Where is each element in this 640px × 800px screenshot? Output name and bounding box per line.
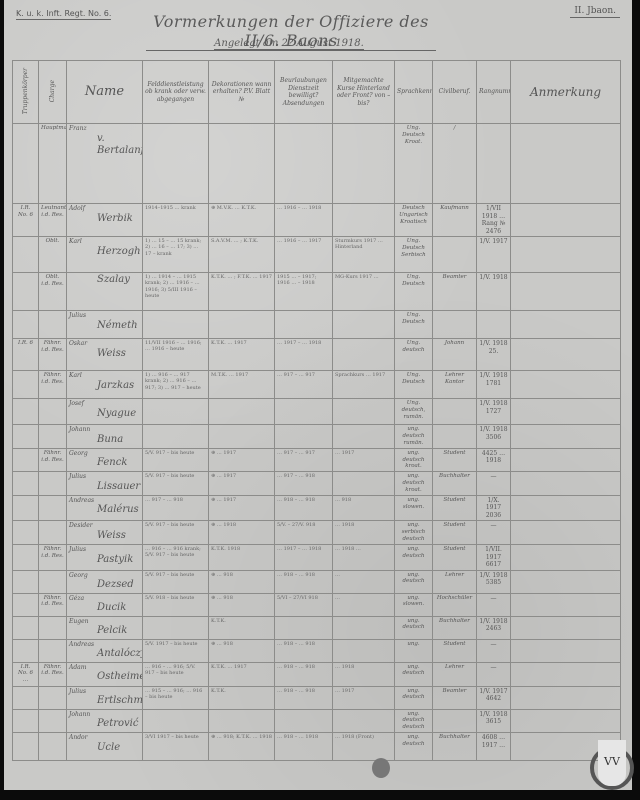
cell-charge xyxy=(39,472,67,496)
cell-sprachen: ung. deutsch kroat. xyxy=(395,472,433,496)
cell-dekorationen: K.T.K. … 1917 xyxy=(209,339,275,371)
cell-sprachen: ung. deutsch rumän. xyxy=(395,425,433,449)
cell-kurse: … 918 xyxy=(333,495,395,521)
cell-rangnummer: 1/V. 1918 1781 xyxy=(477,371,511,399)
cell-truppenkoerper xyxy=(13,311,39,339)
cell-rangnummer: — xyxy=(477,521,511,545)
table-row: AndreasMalérus… 917 – … 918⊕ … 1917… 918… xyxy=(13,495,621,521)
table-row: Oblt.KarlHerzogh1) … 15 – … 15 krank; 2)… xyxy=(13,237,621,273)
last-name: Weiss xyxy=(69,348,140,361)
officers-register-table: Truppenkörper Charge Name Felddienstleis… xyxy=(12,60,621,761)
cell-truppenkoerper xyxy=(13,593,39,616)
cell-anmerkung xyxy=(511,570,621,593)
cell-zivilberuf xyxy=(433,709,477,733)
table-row: AndreasAntalóczy5/V. 1917 – bis heute⊕ …… xyxy=(13,639,621,662)
cell-charge xyxy=(39,709,67,733)
cell-truppenkoerper xyxy=(13,425,39,449)
cell-anmerkung xyxy=(511,311,621,339)
cell-charge: Hauptmann xyxy=(39,124,67,204)
cell-beurlaubung xyxy=(275,709,333,733)
table-row: Fähnr. i.d. Res.JuliusPastyik… 916 – … 9… xyxy=(13,545,621,571)
table-row: GeorgDezsed5/V. 917 – bis heute⊕ … 918… … xyxy=(13,570,621,593)
cell-truppenkoerper xyxy=(13,124,39,204)
cell-charge xyxy=(39,686,67,709)
cell-charge xyxy=(39,733,67,761)
cell-felddienst: 1) … 15 – … 15 krank; 2) … 16 – … 17; 3)… xyxy=(143,237,209,273)
cell-beurlaubung xyxy=(275,399,333,425)
cell-zivilberuf: Buchhalter xyxy=(433,472,477,496)
cell-zivilberuf: / xyxy=(433,124,477,204)
cell-sprachen: Ung. deutsch xyxy=(395,339,433,371)
cell-felddienst xyxy=(143,311,209,339)
cell-dekorationen: K.T.K. xyxy=(209,616,275,639)
cell-charge: Fähnr. i.d. Res. xyxy=(39,448,67,472)
cell-truppenkoerper xyxy=(13,521,39,545)
cell-rangnummer: 4608 … 1917 … xyxy=(477,733,511,761)
first-name: Andreas xyxy=(69,497,140,505)
cell-felddienst: 3/VI 1917 – bis heute xyxy=(143,733,209,761)
cell-anmerkung xyxy=(511,204,621,237)
first-name: Karl xyxy=(69,372,140,380)
cell-beurlaubung: … 1916 – … 1917 xyxy=(275,237,333,273)
first-name: Julius xyxy=(69,688,140,696)
cell-kurse xyxy=(333,472,395,496)
cell-charge xyxy=(39,639,67,662)
cell-sprachen: ung. deutsch xyxy=(395,616,433,639)
cell-beurlaubung: … 918 – … 918 xyxy=(275,686,333,709)
table-row: Fähnr. i.d. Res.GézaDucik5/V. 918 – bis … xyxy=(13,593,621,616)
cell-rangnummer: — xyxy=(477,662,511,686)
cell-truppenkoerper xyxy=(13,472,39,496)
table-row: I.R. No. 6Leutnant i.d. Res.AdolfWerbik1… xyxy=(13,204,621,237)
regiment-label: K. u. k. Inft. Regt. No. 6. xyxy=(16,9,111,20)
cell-name: OskarWeiss xyxy=(67,339,143,371)
cell-sprachen: ung. slowen. xyxy=(395,495,433,521)
wax-seal-stain xyxy=(372,758,390,778)
cell-kurse xyxy=(333,311,395,339)
first-name: Karl xyxy=(69,238,140,246)
cell-anmerkung xyxy=(511,399,621,425)
cell-charge: Oblt. i.d. Res. xyxy=(39,273,67,311)
cell-dekorationen xyxy=(209,311,275,339)
cell-felddienst: 1914–1915 … krank xyxy=(143,204,209,237)
cell-charge: Fähnr. i.d. Res. xyxy=(39,662,67,686)
cell-kurse: Sprachkurs … 1917 xyxy=(333,371,395,399)
table-row: Fähnr. i.d. Res.KarlJarzkas1) … 916 – … … xyxy=(13,371,621,399)
cell-sprachen: ung. deutsch xyxy=(395,662,433,686)
first-name: Johann xyxy=(69,426,140,434)
cell-felddienst: … 917 – … 918 xyxy=(143,495,209,521)
cell-name: GeorgFenck xyxy=(67,448,143,472)
col-header-charge: Charge xyxy=(39,61,67,124)
cell-zivilberuf: Student xyxy=(433,495,477,521)
cell-felddienst: … 916 – … 916; 5/V. 917 – bis heute xyxy=(143,662,209,686)
cell-kurse: … xyxy=(333,593,395,616)
last-name: Petrović xyxy=(69,718,140,731)
cell-zivilberuf: Beamter xyxy=(433,273,477,311)
cell-name: JuliusErtlschmid xyxy=(67,686,143,709)
cell-kurse xyxy=(333,709,395,733)
cell-charge xyxy=(39,495,67,521)
cell-truppenkoerper xyxy=(13,709,39,733)
cell-rangnummer: — xyxy=(477,593,511,616)
cell-beurlaubung: … 1917 – … 1918 xyxy=(275,545,333,571)
cell-zivilberuf: Student xyxy=(433,448,477,472)
last-name: Ostheimer xyxy=(69,671,140,684)
col-header-dekorationen: Dekorationen wann erhalten? P.V. Blatt № xyxy=(209,61,275,124)
cell-rangnummer: — xyxy=(477,472,511,496)
cell-dekorationen: K.T.K. 1918 xyxy=(209,545,275,571)
last-name: Pastyik xyxy=(69,554,140,567)
cell-truppenkoerper xyxy=(13,448,39,472)
cell-sprachen: Ung. Deutsch xyxy=(395,371,433,399)
cell-charge: Fähnr. i.d. Res. xyxy=(39,545,67,571)
cell-truppenkoerper xyxy=(13,237,39,273)
document-subtitle: Angelegt am 2? August 1918. xyxy=(214,38,364,50)
cell-felddienst: 5/V. 917 – bis heute xyxy=(143,448,209,472)
cell-name: AndreasAntalóczy xyxy=(67,639,143,662)
cell-name: EugenPelcik xyxy=(67,616,143,639)
table-header-row: Truppenkörper Charge Name Felddienstleis… xyxy=(13,61,621,124)
cell-dekorationen: ⊕ … 918 xyxy=(209,639,275,662)
cell-kurse: … 1917 xyxy=(333,686,395,709)
cell-name: Franzv. Bertalanffy xyxy=(67,124,143,204)
cell-anmerkung xyxy=(511,521,621,545)
cell-truppenkoerper xyxy=(13,399,39,425)
table-row: JohannBunaung. deutsch rumän.1/V. 1918 3… xyxy=(13,425,621,449)
cell-dekorationen xyxy=(209,709,275,733)
first-name: Franz xyxy=(69,125,140,133)
first-name: Géza xyxy=(69,595,140,603)
cell-name: AndorUcle xyxy=(67,733,143,761)
cell-name: GeorgDezsed xyxy=(67,570,143,593)
cell-charge xyxy=(39,399,67,425)
cell-truppenkoerper xyxy=(13,686,39,709)
last-name: Nyague xyxy=(69,408,140,421)
cell-rangnummer: 4425 … 1918 xyxy=(477,448,511,472)
last-name: Jarzkas xyxy=(69,380,140,393)
cell-anmerkung xyxy=(511,448,621,472)
cell-felddienst: 5/V. 917 – bis heute xyxy=(143,570,209,593)
cell-zivilberuf: Buchhalter xyxy=(433,616,477,639)
cell-felddienst xyxy=(143,616,209,639)
cell-zivilberuf xyxy=(433,399,477,425)
cell-beurlaubung: … 917 – … 917 xyxy=(275,371,333,399)
last-name: Weiss xyxy=(69,530,140,543)
cell-zivilberuf xyxy=(433,425,477,449)
cell-kurse: … 1917 xyxy=(333,448,395,472)
cell-anmerkung xyxy=(511,425,621,449)
cell-beurlaubung xyxy=(275,311,333,339)
cell-truppenkoerper xyxy=(13,273,39,311)
table-row: I.R. No. 6 …Fähnr. i.d. Res.AdamOstheime… xyxy=(13,662,621,686)
col-header-kurse: Mitgemachte Kurse Hinterland oder Front?… xyxy=(333,61,395,124)
cell-beurlaubung: … 918 – … 918 xyxy=(275,495,333,521)
vv-shield-icon: VV xyxy=(598,740,626,786)
cell-dekorationen: ⊕ M.V.K. … K.T.K. xyxy=(209,204,275,237)
cell-dekorationen: ⊕ … 918 xyxy=(209,593,275,616)
cell-rangnummer: 1/V. 1918 3506 xyxy=(477,425,511,449)
cell-truppenkoerper: I.R. No. 6 xyxy=(13,204,39,237)
cell-beurlaubung: … 917 – … 917 xyxy=(275,448,333,472)
table-row: JohannPetrovićung. deutsch deutsch1/V. 1… xyxy=(13,709,621,733)
last-name: Dezsed xyxy=(69,579,140,592)
cell-anmerkung xyxy=(511,472,621,496)
table-row: Oblt. i.d. Res.Szalay1) … 1914 – … 1915 … xyxy=(13,273,621,311)
col-header-anmerkung: Anmerkung xyxy=(511,61,621,124)
cell-felddienst xyxy=(143,124,209,204)
cell-kurse xyxy=(333,425,395,449)
cell-zivilberuf: Beamter xyxy=(433,686,477,709)
cell-beurlaubung xyxy=(275,124,333,204)
cell-kurse: … 1918 (Front) xyxy=(333,733,395,761)
cell-zivilberuf xyxy=(433,311,477,339)
cell-sprachen: ung. deutsch deutsch xyxy=(395,709,433,733)
last-name: Szalay xyxy=(69,274,140,287)
cell-name: JuliusNémeth xyxy=(67,311,143,339)
cell-charge xyxy=(39,311,67,339)
cell-sprachen: Ung. Deutsch Kroat. xyxy=(395,124,433,204)
cell-zivilberuf: Hochschüler xyxy=(433,593,477,616)
table-row: JuliusErtlschmid… 915 – … 916; … 916 – b… xyxy=(13,686,621,709)
cell-felddienst: 5/V. 1917 – bis heute xyxy=(143,639,209,662)
cell-kurse xyxy=(333,639,395,662)
table-row: JuliusLissauer5/V. 917 – bis heute⊕ … 19… xyxy=(13,472,621,496)
cell-felddienst xyxy=(143,425,209,449)
cell-charge xyxy=(39,616,67,639)
cell-rangnummer: 1/V. 1918 3615 xyxy=(477,709,511,733)
cell-rangnummer: 1/VII 1918 … Rang № 2476 xyxy=(477,204,511,237)
cell-name: JuliusLissauer xyxy=(67,472,143,496)
cell-sprachen: ung. deutsch xyxy=(395,570,433,593)
cell-zivilberuf xyxy=(433,237,477,273)
cell-sprachen: ung. deutsch xyxy=(395,545,433,571)
cell-truppenkoerper xyxy=(13,639,39,662)
first-name: Andor xyxy=(69,734,140,742)
cell-dekorationen: ⊕ … 918 xyxy=(209,570,275,593)
cell-felddienst: 11/VII 1916 – … 1916; … 1916 – heute xyxy=(143,339,209,371)
cell-dekorationen xyxy=(209,124,275,204)
cell-anmerkung xyxy=(511,371,621,399)
table-row: DesiderWeiss5/V. 917 – bis heute⊕ … 1918… xyxy=(13,521,621,545)
first-name: Josef xyxy=(69,400,140,408)
cell-beurlaubung: 1915 … – 1917; 1916 … – 1918 xyxy=(275,273,333,311)
cell-charge: Fähnr. i.d. Res. xyxy=(39,371,67,399)
cell-rangnummer: 1/V. 1918 1727 xyxy=(477,399,511,425)
first-name: Oskar xyxy=(69,340,140,348)
first-name: Johann xyxy=(69,711,140,719)
first-name: Adam xyxy=(69,664,140,672)
first-name: Julius xyxy=(69,473,140,481)
cell-rangnummer: 1/V. 1918 5385 xyxy=(477,570,511,593)
cell-charge xyxy=(39,521,67,545)
last-name: Ducik xyxy=(69,602,140,615)
cell-charge: Fähnr. i.d. Res. xyxy=(39,339,67,371)
first-name: Julius xyxy=(69,312,140,320)
table-row: JosefNyagueUng. deutsch, rumän.1/V. 1918… xyxy=(13,399,621,425)
cell-beurlaubung xyxy=(275,616,333,639)
cell-sprachen: Ung. Deutsch xyxy=(395,311,433,339)
cell-name: AndreasMalérus xyxy=(67,495,143,521)
cell-kurse xyxy=(333,204,395,237)
cell-beurlaubung: … 918 – … 1918 xyxy=(275,733,333,761)
cell-rangnummer: — xyxy=(477,639,511,662)
last-name: Malérus xyxy=(69,504,140,517)
cell-felddienst: … 916 – … 916 krank; 5/V. 917 – bis heut… xyxy=(143,545,209,571)
cell-kurse: … 1918 xyxy=(333,662,395,686)
col-header-felddienst: Felddienstleistung ob krank oder verw. a… xyxy=(143,61,209,124)
cell-dekorationen: ⊕ … 918; K.T.K. … 1918 xyxy=(209,733,275,761)
col-header-rangnummer: Rangnummer xyxy=(477,61,511,124)
cell-sprachen: Ung. Deutsch Serbisch xyxy=(395,237,433,273)
last-name: v. Bertalanffy xyxy=(69,133,140,158)
cell-sprachen: ung. serbisch deutsch xyxy=(395,521,433,545)
cell-zivilberuf: Buchhalter xyxy=(433,733,477,761)
cell-rangnummer: 1/V. 1918 25. xyxy=(477,339,511,371)
cell-zivilberuf: Lehrer xyxy=(433,662,477,686)
cell-rangnummer: 1/V. 1917 4642 xyxy=(477,686,511,709)
cell-kurse: MG-Kurs 1917 … xyxy=(333,273,395,311)
cell-truppenkoerper xyxy=(13,616,39,639)
cell-anmerkung xyxy=(511,662,621,686)
cell-anmerkung xyxy=(511,545,621,571)
table-row: JuliusNémethUng. Deutsch xyxy=(13,311,621,339)
first-name: Julius xyxy=(69,546,140,554)
cell-dekorationen: M.T.K. … 1917 xyxy=(209,371,275,399)
cell-beurlaubung: 5/VI – 27/VI 918 xyxy=(275,593,333,616)
cell-dekorationen: ⊕ … 1917 xyxy=(209,495,275,521)
cell-beurlaubung: 5/V. – 27/V. 918 xyxy=(275,521,333,545)
cell-name: AdolfWerbik xyxy=(67,204,143,237)
cell-zivilberuf: Johann xyxy=(433,339,477,371)
cell-truppenkoerper: I.R. 6 xyxy=(13,339,39,371)
cell-name: JohannPetrović xyxy=(67,709,143,733)
cell-sprachen: ung. deutsch kroat. xyxy=(395,448,433,472)
cell-felddienst: 1) … 1914 – … 1915 krank; 2) … 1916 – … … xyxy=(143,273,209,311)
cell-anmerkung xyxy=(511,686,621,709)
cell-sprachen: Ung. deutsch, rumän. xyxy=(395,399,433,425)
cell-truppenkoerper: I.R. No. 6 … xyxy=(13,662,39,686)
cell-anmerkung xyxy=(511,593,621,616)
cell-name: JohannBuna xyxy=(67,425,143,449)
cell-name: DesiderWeiss xyxy=(67,521,143,545)
cell-sprachen: Ung. Deutsch xyxy=(395,273,433,311)
cell-truppenkoerper xyxy=(13,545,39,571)
document-page: K. u. k. Inft. Regt. No. 6. II. Jbaon. V… xyxy=(4,0,632,790)
cell-beurlaubung: … 1917 – … 1918 xyxy=(275,339,333,371)
cell-sprachen: Deutsch Ungarisch Kroatisch xyxy=(395,204,433,237)
last-name: Antalóczy xyxy=(69,648,140,661)
cell-charge xyxy=(39,425,67,449)
cell-dekorationen: ⊕ … 1917 xyxy=(209,448,275,472)
cell-zivilberuf: Student xyxy=(433,521,477,545)
cell-charge: Leutnant i.d. Res. xyxy=(39,204,67,237)
last-name: Németh xyxy=(69,320,140,333)
cell-name: JosefNyague xyxy=(67,399,143,425)
first-name: Andreas xyxy=(69,641,140,649)
cell-felddienst: 5/V. 918 – bis heute xyxy=(143,593,209,616)
cell-kurse xyxy=(333,124,395,204)
last-name: Ucle xyxy=(69,742,140,755)
cell-dekorationen: ⊕ … 1918 xyxy=(209,521,275,545)
cell-beurlaubung: … 1916 – … 1918 xyxy=(275,204,333,237)
first-name: Georg xyxy=(69,450,140,458)
first-name: Adolf xyxy=(69,205,140,213)
cell-beurlaubung: … 918 – … 918 xyxy=(275,662,333,686)
cell-dekorationen: S.A.V.M. … ; K.T.K. xyxy=(209,237,275,273)
cell-anmerkung xyxy=(511,639,621,662)
cell-dekorationen: K.T.K. … 1917 xyxy=(209,662,275,686)
cell-rangnummer xyxy=(477,311,511,339)
col-header-beurlaubung: Beurlaubungen Dienstzeit bewilligt? Abse… xyxy=(275,61,333,124)
cell-sprachen: ung. deutsch xyxy=(395,733,433,761)
col-header-sprachen: Sprachkenntnisse! xyxy=(395,61,433,124)
cell-zivilberuf: Student xyxy=(433,639,477,662)
cell-rangnummer: 1/VII. 1917 6617 xyxy=(477,545,511,571)
cell-rangnummer xyxy=(477,124,511,204)
cell-anmerkung xyxy=(511,495,621,521)
cell-dekorationen: K.T.K. … ; F.T.K. … 1917 xyxy=(209,273,275,311)
last-name: Buna xyxy=(69,434,140,447)
last-name: Lissauer xyxy=(69,481,140,494)
cell-name: GézaDucik xyxy=(67,593,143,616)
cell-name: JuliusPastyik xyxy=(67,545,143,571)
cell-kurse xyxy=(333,339,395,371)
cell-rangnummer: 1/V. 1918 2463 xyxy=(477,616,511,639)
cell-name: KarlHerzogh xyxy=(67,237,143,273)
cell-kurse: … xyxy=(333,570,395,593)
cell-dekorationen xyxy=(209,425,275,449)
first-name: Georg xyxy=(69,572,140,580)
cell-dekorationen: K.T.K. xyxy=(209,686,275,709)
cell-zivilberuf: Lehrer Kantor xyxy=(433,371,477,399)
cell-beurlaubung: … 918 – … 918 xyxy=(275,639,333,662)
last-name: Herzogh xyxy=(69,246,140,259)
cell-truppenkoerper xyxy=(13,371,39,399)
cell-anmerkung xyxy=(511,237,621,273)
cell-charge xyxy=(39,570,67,593)
table-row: AndorUcle3/VI 1917 – bis heute⊕ … 918; K… xyxy=(13,733,621,761)
cell-zivilberuf: Lehrer xyxy=(433,570,477,593)
cell-charge: Oblt. xyxy=(39,237,67,273)
cell-felddienst: 1) … 916 – … 917 krank; 2) … 916 – … 917… xyxy=(143,371,209,399)
cell-charge: Fähnr. i.d. Res. xyxy=(39,593,67,616)
last-name: Werbik xyxy=(69,213,140,226)
first-name: Desider xyxy=(69,522,140,530)
col-header-truppenkoerper: Truppenkörper xyxy=(13,61,39,124)
cell-felddienst: 5/V. 917 – bis heute xyxy=(143,521,209,545)
cell-sprachen: ung. xyxy=(395,639,433,662)
cell-kurse: … 1918 xyxy=(333,521,395,545)
cell-anmerkung xyxy=(511,273,621,311)
cell-anmerkung xyxy=(511,709,621,733)
battalion-tag: II. Jbaon. xyxy=(570,6,620,18)
cell-truppenkoerper xyxy=(13,733,39,761)
cell-felddienst: … 915 – … 916; … 916 – bis heute xyxy=(143,686,209,709)
cell-kurse xyxy=(333,616,395,639)
cell-anmerkung xyxy=(511,124,621,204)
cell-rangnummer: 1/V. 1917 xyxy=(477,237,511,273)
cell-zivilberuf: Kaufmann xyxy=(433,204,477,237)
table-row: I.R. 6Fähnr. i.d. Res.OskarWeiss11/VII 1… xyxy=(13,339,621,371)
cell-kurse xyxy=(333,399,395,425)
cell-beurlaubung xyxy=(275,425,333,449)
first-name: Eugen xyxy=(69,618,140,626)
last-name: Pelcik xyxy=(69,625,140,638)
cell-anmerkung xyxy=(511,339,621,371)
cell-felddienst xyxy=(143,709,209,733)
table-row: HauptmannFranzv. BertalanffyUng. Deutsch… xyxy=(13,124,621,204)
